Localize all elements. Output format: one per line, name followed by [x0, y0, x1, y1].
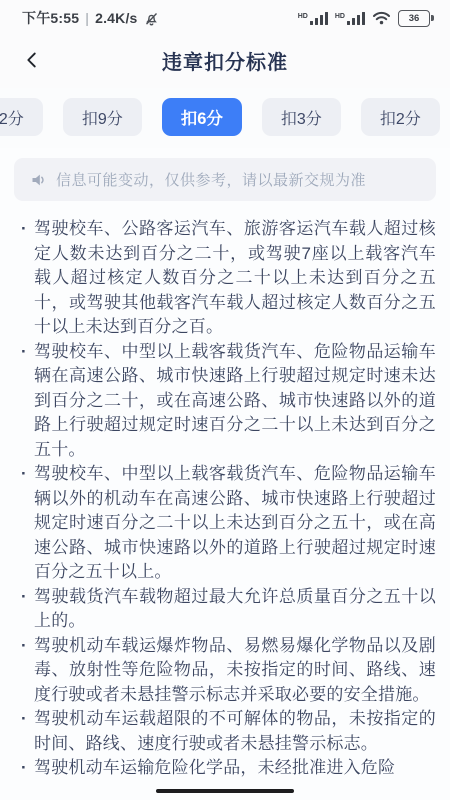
tab-deduct-2[interactable]: 扣2分	[361, 98, 440, 136]
back-button[interactable]	[12, 40, 52, 80]
rules-list: 驾驶校车、公路客运汽车、旅游客运汽车载人超过核定人数未达到百分之二十，或驾驶7座…	[0, 201, 450, 781]
chevron-left-icon	[21, 49, 43, 71]
status-separator: |	[85, 10, 89, 26]
tab-bar: 扣12分 扣9分 扣6分 扣3分 扣2分	[0, 88, 450, 148]
hd-label: HD	[335, 13, 345, 20]
tab-deduct-9[interactable]: 扣9分	[63, 98, 142, 136]
wifi-icon	[372, 11, 391, 25]
status-net-speed: 2.4K/s	[95, 10, 137, 26]
battery-percent: 36	[409, 13, 420, 24]
status-right: HD HD	[298, 10, 430, 27]
rule-item: 驾驶机动车载运爆炸物品、易燃易爆化学物品以及剧毒、放射性等危险物品，未按指定的时…	[21, 634, 436, 708]
rule-item: 驾驶机动车运载超限的不可解体的物品，未按指定的时间、路线、速度行驶或者未悬挂警示…	[21, 707, 436, 756]
notice-text: 信息可能变动，仅供参考，请以最新交规为准	[56, 169, 366, 190]
signal-bars-icon: HD	[298, 12, 328, 25]
tab-deduct-3[interactable]: 扣3分	[262, 98, 341, 136]
tab-deduct-12[interactable]: 扣12分	[0, 98, 43, 136]
rule-item: 驾驶机动车运输危险化学品，未经批准进入危险	[21, 756, 436, 781]
status-time: 下午5:55	[22, 8, 79, 28]
rule-item: 驾驶校车、公路客运汽车、旅游客运汽车载人超过核定人数未达到百分之二十，或驾驶7座…	[21, 217, 436, 340]
mute-bell-icon	[144, 11, 159, 26]
signal-bars-icon: HD	[335, 12, 365, 25]
home-indicator[interactable]	[156, 789, 294, 794]
hd-label: HD	[298, 13, 308, 20]
status-left: 下午5:55 | 2.4K/s	[22, 8, 159, 28]
app-screen: 下午5:55 | 2.4K/s HD	[0, 0, 450, 800]
page-title: 违章扣分标准	[0, 46, 450, 75]
tab-deduct-6[interactable]: 扣6分	[162, 98, 242, 136]
rule-item: 驾驶载货汽车载物超过最大允许总质量百分之五十以上的。	[21, 585, 436, 634]
header: 违章扣分标准	[0, 32, 450, 88]
rule-item: 驾驶校车、中型以上载客载货汽车、危险物品运输车辆以外的机动车在高速公路、城市快速…	[21, 462, 436, 585]
rule-item: 驾驶校车、中型以上载客载货汽车、危险物品运输车辆在高速公路、城市快速路上行驶超过…	[21, 340, 436, 463]
notice-banner: 信息可能变动，仅供参考，请以最新交规为准	[14, 158, 436, 201]
status-bar: 下午5:55 | 2.4K/s HD	[0, 0, 450, 32]
speaker-icon	[30, 172, 47, 188]
battery-icon: 36	[398, 10, 430, 27]
